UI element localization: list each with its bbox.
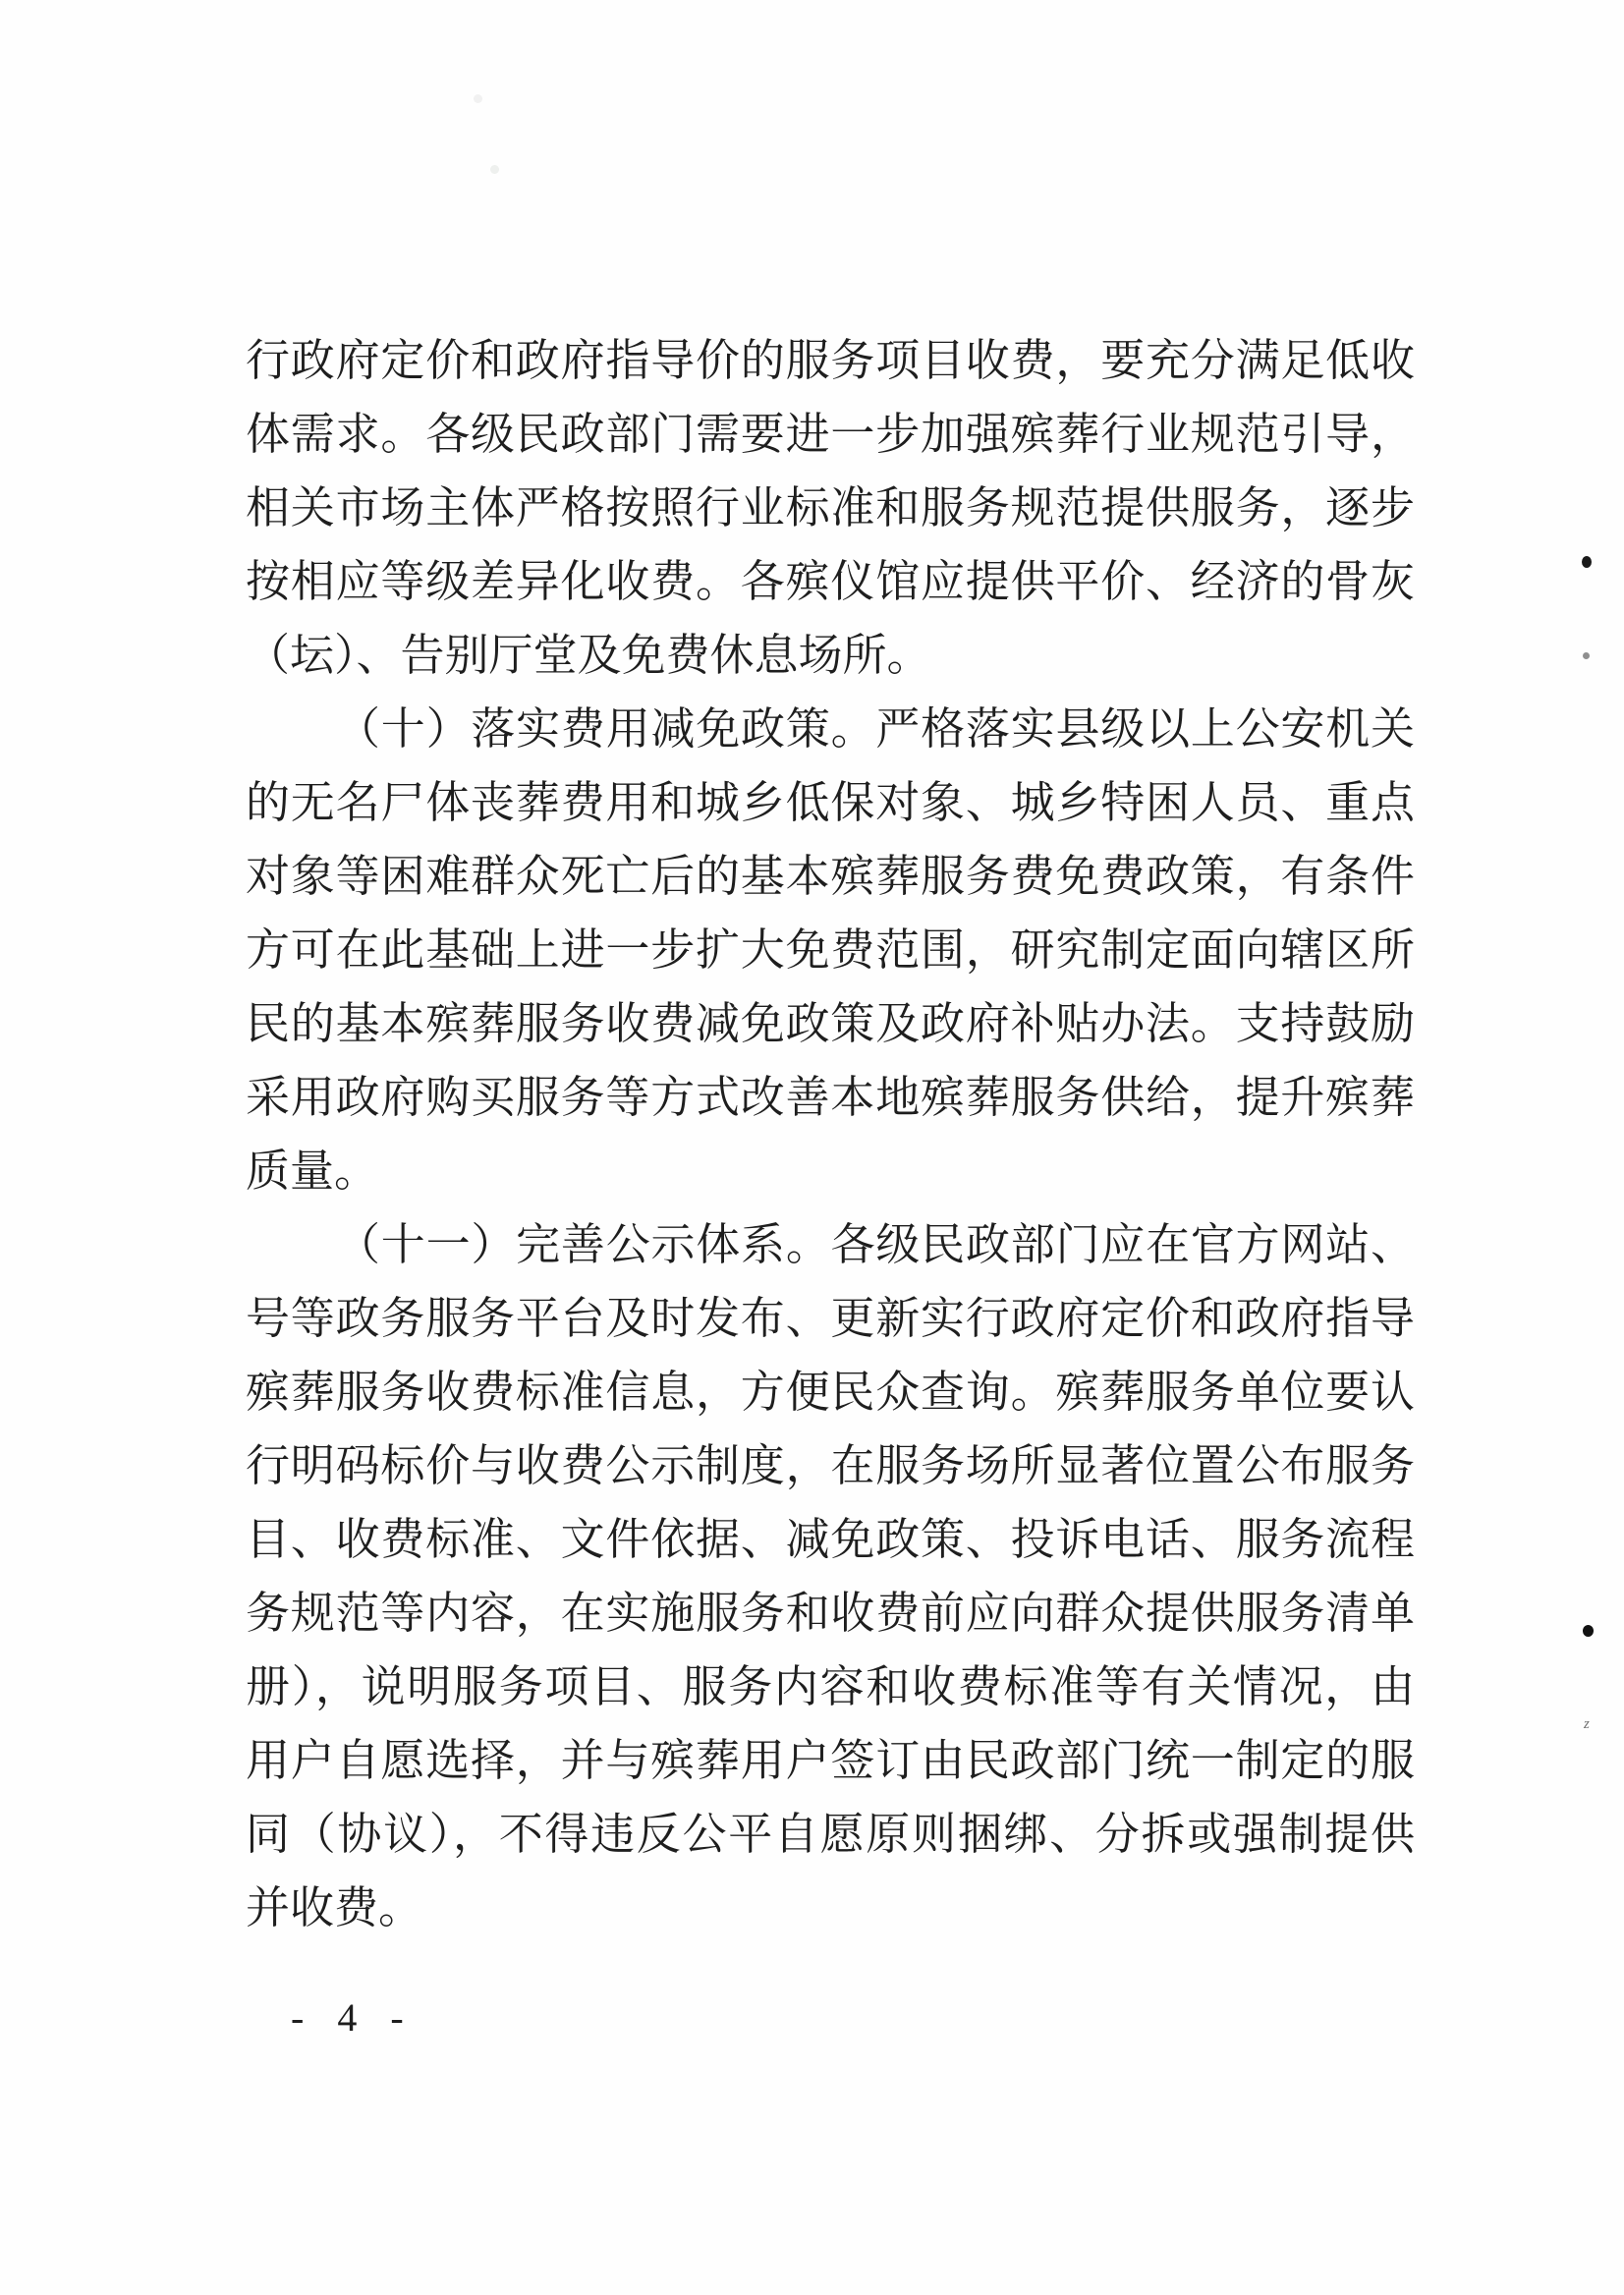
document-line: 目、收费标准、文件依据、减免政策、投诉电话、服务流程和服 <box>246 1503 1415 1577</box>
page-number: - 4 - <box>291 1994 410 2041</box>
document-line: 按相应等级差异化收费。各殡仪馆应提供平价、经济的骨灰盒 <box>246 545 1415 619</box>
document-line: 用户自愿选择，并与殡葬用户签订由民政部门统一制定的服务合 <box>246 1724 1415 1798</box>
scan-speck <box>1583 1625 1594 1637</box>
document-line: 册），说明服务项目、服务内容和收费标准等有关情况，由殡葬 <box>246 1651 1415 1724</box>
document-line: （坛）、告别厅堂及免费休息场所。 <box>246 619 1415 693</box>
document-line: 同（协议），不得违反公平自愿原则捆绑、分拆或强制提供服务 <box>246 1798 1415 1872</box>
document-line: 的无名尸体丧葬费用和城乡低保对象、城乡特困人员、重点优抚 <box>246 766 1415 840</box>
document-line: 号等政务服务平台及时发布、更新实行政府定价和政府指导价的 <box>246 1282 1415 1356</box>
document-line: （十）落实费用减免政策。严格落实县级以上公安机关确认 <box>246 693 1415 766</box>
document-line: （十一）完善公示体系。各级民政部门应在官方网站、公众 <box>246 1208 1415 1282</box>
scan-speck <box>474 94 482 103</box>
document-line: 并收费。 <box>246 1872 1415 1945</box>
document-line: 行政府定价和政府指导价的服务项目收费，要充分满足低收入群 <box>246 324 1415 398</box>
document-line: 民的基本殡葬服务收费减免政策及政府补贴办法。支持鼓励各地 <box>246 987 1415 1061</box>
document-line: 体需求。各级民政部门需要进一步加强殡葬行业规范引导，指导 <box>246 398 1415 472</box>
document-line: 相关市场主体严格按照行业标准和服务规范提供服务，逐步推行 <box>246 472 1415 545</box>
scan-speck <box>1583 652 1590 659</box>
scan-speck: z <box>1584 1717 1596 1731</box>
document-line: 对象等困难群众死亡后的基本殡葬服务费免费政策，有条件的地 <box>246 840 1415 914</box>
document-line: 采用政府购买服务等方式改善本地殡葬服务供给，提升殡葬服务 <box>246 1061 1415 1135</box>
document-page: 行政府定价和政府指导价的服务项目收费，要充分满足低收入群 体需求。各级民政部门需… <box>0 0 1624 2295</box>
document-line: 务规范等内容，在实施服务和收费前应向群众提供服务清单（手 <box>246 1577 1415 1651</box>
document-line: 殡葬服务收费标准信息，方便民众查询。殡葬服务单位要认真执 <box>246 1356 1415 1429</box>
scan-speck <box>490 165 499 174</box>
document-line: 方可在此基础上进一步扩大免费范围，研究制定面向辖区所有居 <box>246 914 1415 987</box>
scan-speck <box>1582 556 1592 568</box>
document-body: 行政府定价和政府指导价的服务项目收费，要充分满足低收入群 体需求。各级民政部门需… <box>246 324 1415 1945</box>
document-line: 行明码标价与收费公示制度，在服务场所显著位置公布服务项 <box>246 1429 1415 1503</box>
document-line: 质量。 <box>246 1135 1415 1208</box>
